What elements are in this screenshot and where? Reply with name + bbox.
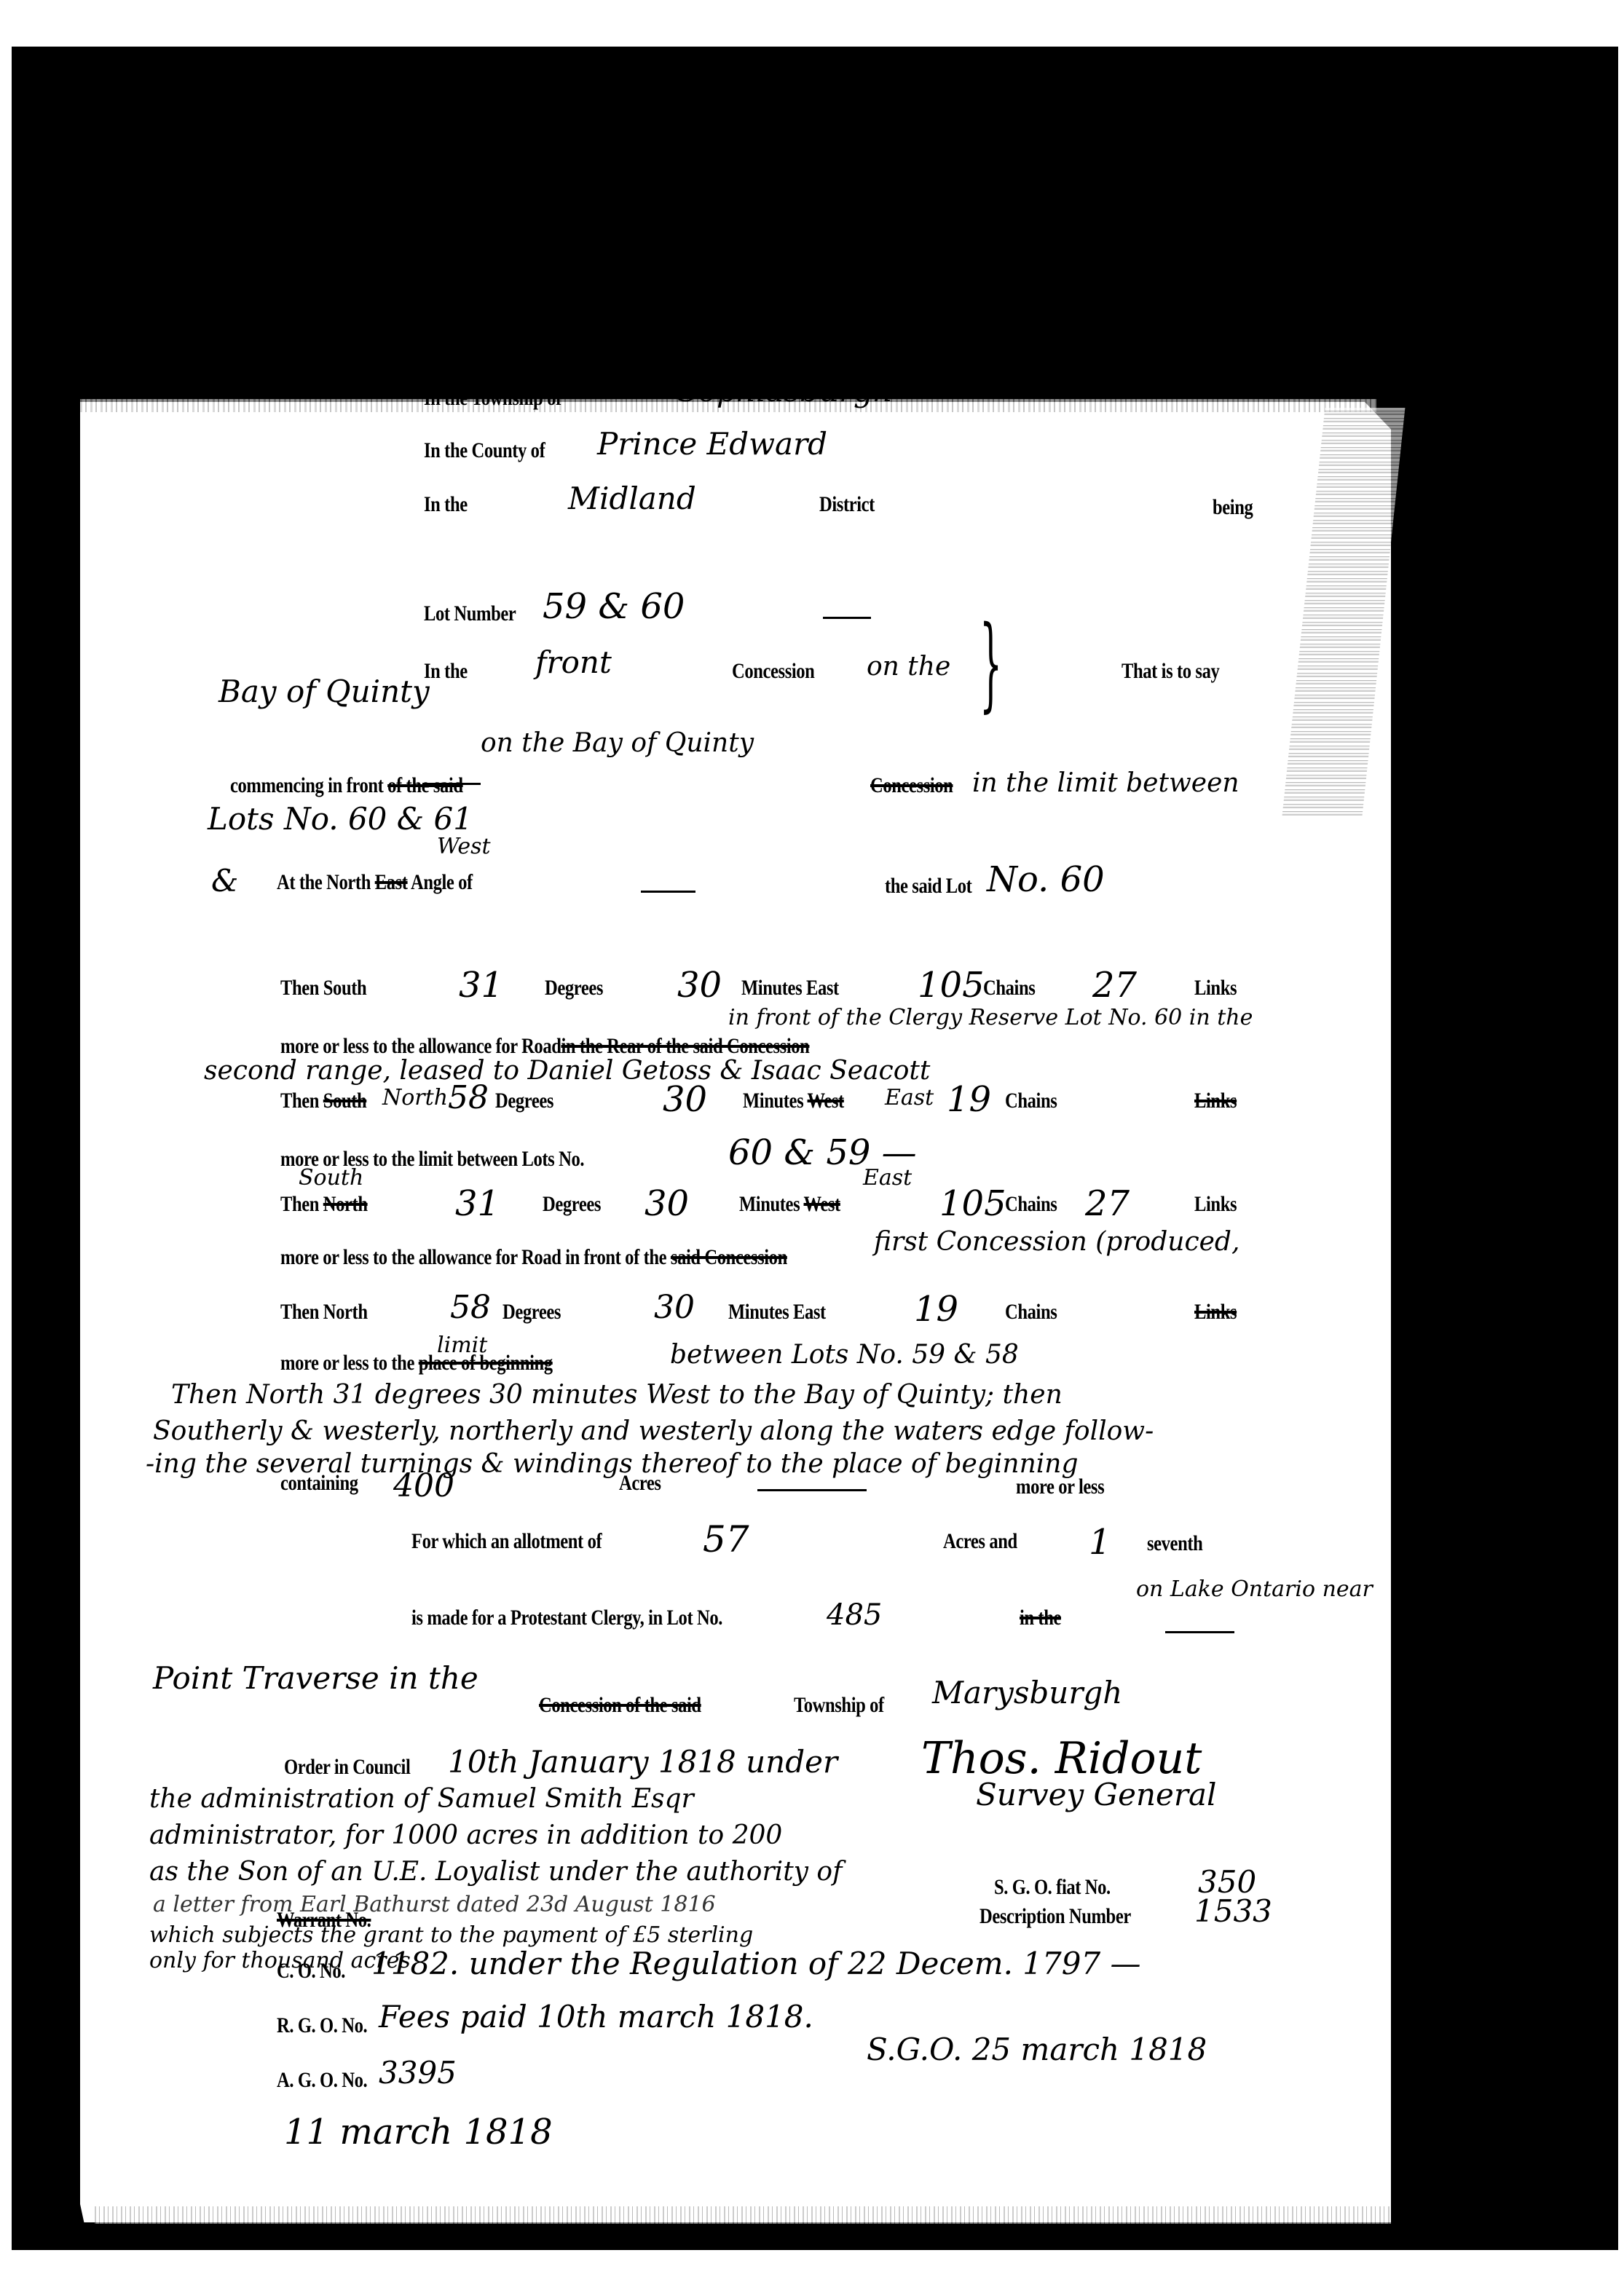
clergy-label: is made for a Protestant Clergy, in Lot … [411,1606,722,1630]
clergy-concession-struck: Concession of the said [539,1693,701,1718]
clergy-township-value: Marysburgh [932,1675,1122,1710]
grantee-name: William Claus the Younger [539,142,1087,189]
course3-chains-label: Chains [1005,1192,1057,1217]
allotment-label: For which an allotment of [411,1529,602,1554]
more-or-less-label: more or less [1016,1475,1104,1499]
signature-title: Survey General [976,1777,1216,1812]
course1-links-label: Links [1194,976,1237,1001]
angle-label: At the North East Angle of [277,870,473,895]
ago-label: A. G. O. No. [277,2068,367,2093]
warrant-label: Warrant No. [277,1908,371,1933]
closing-line-1: Then North 31 degrees 30 minutes West to… [171,1380,1063,1410]
concession-value: front [535,644,612,680]
title-printed: GRANT to [291,144,467,193]
course2-deg-label: Degrees [495,1089,553,1113]
clergy-insert: on Lake Ontario near [1136,1576,1373,1602]
course2-degrees: 58 [448,1079,489,1116]
clergy-township-label: Township of [794,1693,884,1718]
said-lot-label: the said Lot [885,874,971,899]
district2-label-a: In the [424,492,468,517]
district1-label-a: In the [424,334,468,358]
course4-then: Then North [280,1300,368,1325]
county2-value: Prince Edward [597,426,827,462]
district2-label-b: District [819,492,875,517]
description-value: 1533 [1194,1893,1272,1929]
order-value: 10th January 1818 under [448,1744,837,1780]
course3-more-or-less: more or less to the allowance for Road i… [280,1245,787,1270]
brace: } [979,604,1002,723]
county-label: In the County of [424,279,545,304]
blank-rule [757,1489,867,1491]
lots-note: Lots No. 60 & 61 [208,801,473,837]
course3-dir-insert: East [863,1165,912,1191]
commencing-label: commencing in front of the said [230,773,463,798]
district1-label-b: District [765,334,820,358]
course4-min-label: Minutes East [728,1300,826,1325]
rule [736,293,757,296]
concession-note: on the [867,652,950,682]
that-is-to-say: That is to say [1122,659,1219,684]
sgo-date-sign: S.G.O. 25 march 1818 [867,2032,1207,2067]
containing-label: containing [280,1471,358,1496]
district2-value: Midland [568,481,696,516]
blank-rule [1165,1631,1234,1633]
point-note: Point Traverse in the [153,1660,478,1696]
lot-label: Lot Number [424,601,516,626]
course1-chains: 105 [918,965,985,1006]
clergy-lot: 485 [827,1598,882,1632]
course4-chains-label: Chains [1005,1300,1057,1325]
course3-then-insert: South [299,1165,363,1191]
parcel-text: all that parcel of land [944,362,1101,387]
containing-value: 400 [393,1467,454,1504]
course1-min-label: Minutes East [741,976,839,1001]
limit-between: in the limit between [972,768,1239,798]
course2-min-label: Minutes West [743,1089,844,1113]
of-town-label: of the Township of [424,217,559,242]
course1-links: 27 [1092,965,1137,1006]
co-label: C. O. No. [277,1959,345,1984]
acres-label: Acres [619,1471,661,1496]
course2-chains: 19 [947,1079,991,1120]
closing-line-2: Southerly & westerly, northerly and west… [153,1416,1154,1446]
co-value: 1182. under the Regulation of 22 Decem. … [371,1946,1141,1981]
course4-minutes: 30 [654,1289,695,1326]
county2-label: In the County of [424,438,545,463]
sgo-label: S. G. O. fiat No. [994,1875,1111,1900]
angle-insert: West [437,834,491,859]
concession-label-b: Concession [732,659,814,684]
course2-then-insert: North [382,1085,448,1110]
ago-date: 11 march 1818 [284,2112,553,2152]
page-number: 223 [1314,122,1373,162]
course4-deg-label: Degrees [502,1300,561,1325]
allotment-acres: 57 [703,1518,749,1560]
order-note-5: which subjects the grant to the payment … [149,1922,753,1948]
course3-degrees: 31 [455,1183,500,1224]
rgo-label: R. G. O. No. [277,2013,367,2038]
commencing-insert: on the Bay of Quinty [481,728,754,758]
course4-tail: between Lots No. 59 & 58 [670,1340,1019,1370]
ago-value: 3395 [379,2055,457,2091]
course3-min-label: Minutes West [739,1192,840,1217]
course1-then: Then South [280,976,366,1001]
course2-links-label: Links [1194,1089,1237,1113]
course3-minutes: 30 [645,1183,689,1224]
course1-minutes: 30 [677,965,722,1006]
concession-label-a: In the [424,659,468,684]
description-label: Description Number [979,1904,1131,1929]
course4-more-or-less: more or less to the place of beginning [280,1351,553,1376]
clergy-struck: in the [1020,1606,1061,1630]
strike-line [422,783,481,785]
order-note-1: the administration of Samuel Smith Esqr [149,1784,694,1814]
course3-insert: first Concession (produced, [874,1227,1239,1257]
allotment-acres-label: Acres and [943,1529,1017,1554]
lot-value: 59 & 60 [543,586,685,627]
course2-dir-insert: East [885,1085,934,1110]
course3-links: 27 [1085,1183,1130,1224]
course3-links-label: Links [1194,1192,1237,1217]
course3-deg-label: Degrees [543,1192,601,1217]
rgo-value: Fees paid 10th march 1818. [379,1999,813,2035]
bay-note: Bay of Quinty [218,674,430,709]
course1-degrees: 31 [459,965,503,1006]
county-value: Lincoln [619,269,734,305]
order-label: Order in Council [284,1755,410,1780]
order-note-2: administrator, for 1000 acres in additio… [149,1820,782,1850]
said-lot-value: No. 60 [987,859,1105,900]
order-note-3: as the Son of an U.E. Loyalist under the… [149,1857,842,1887]
course2-minutes: 30 [663,1079,707,1120]
course1-insert: in front of the Clergy Reserve Lot No. 6… [728,1005,1253,1030]
blank-rule [641,891,695,893]
district1-value: of Niagara Esquire [845,320,1139,356]
course3-chains: 105 [939,1183,1006,1224]
of-town-value: Niagara [655,208,781,243]
course1-more-or-less: more or less to the allowance for Roadin… [280,1034,809,1059]
course1-deg-label: Degrees [545,976,603,1001]
sevenths-label: seventh [1147,1531,1202,1556]
course1-chains-label: Chains [983,976,1035,1001]
course4-links-label: Links [1194,1300,1237,1325]
blank-rule [519,348,565,350]
course4-degrees: 58 [450,1289,491,1326]
order-note-4: a letter from Earl Bathurst dated 23d Au… [153,1892,716,1917]
course3-then: Then North [280,1192,368,1217]
blank-rule [823,617,871,619]
being-label: being [1213,495,1253,520]
allotment-sevenths: 1 [1089,1522,1111,1563]
township-value: Sophiasburgh [677,373,893,409]
course2-chains-label: Chains [1005,1089,1057,1113]
concession-struck: Concession [870,773,953,798]
grant-document: GRANT to William Claus the Younger 223 o… [0,0,1624,2293]
course4-chains: 19 [914,1289,958,1330]
course1-continuation: second range, leased to Daniel Getoss & … [204,1056,930,1086]
township-label: In the Township of [424,386,561,411]
course2-then: Then South [280,1089,366,1113]
angle-mark: & [211,863,238,899]
